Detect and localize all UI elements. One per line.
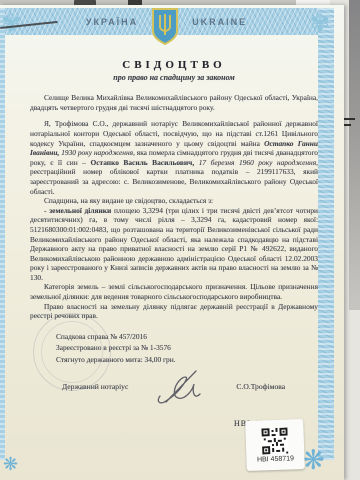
land-parcel-details: площею 3,3294 (три цілих і три тисячі дв… — [30, 206, 318, 282]
notary-name: С.О.Трофімова — [236, 382, 285, 392]
deceased-birth: 1930 року народження, — [59, 148, 135, 157]
country-label-ua: УКРАЇНА — [86, 17, 138, 27]
corner-ornament-icon: ✾ — [310, 12, 330, 36]
heir-birth: 17 березня 1960 року народження, — [194, 158, 318, 167]
document-subtitle: про право на спадщину за законом — [30, 73, 318, 83]
paragraph-notary: Я, Трофімова С.О., державний нотаріус Ве… — [30, 119, 318, 196]
corner-ornament-icon: ❋ — [3, 455, 18, 473]
certificate-sheet: УКРАЇНА UKRAINE ✾ ✾ ❋ ❋ СВІДОЦТВО про пр… — [0, 5, 344, 480]
photo-background: УКРАЇНА UKRAINE ✾ ✾ ❋ ❋ СВІДОЦТВО про пр… — [0, 0, 360, 480]
notary-signature — [152, 369, 210, 405]
paragraph-land: - земельної ділянки площею 3,3294 (три ц… — [30, 206, 318, 283]
qr-sticker-label: НВІ 458719 — [257, 455, 294, 463]
seal-imprint — [33, 313, 111, 391]
qr-sticker: НВІ 458719 — [245, 419, 305, 471]
photo-edge — [349, 0, 360, 310]
paragraph-category: Категорія земель – землі сільськогоспода… — [30, 282, 318, 301]
corner-ornament-icon: ❋ — [302, 447, 325, 474]
land-parcel-label: земельної ділянки — [49, 206, 111, 215]
paragraph-location: Селище Велика Михайлівка Великомихайлівс… — [30, 93, 318, 112]
country-label-en: UKRAINE — [192, 17, 247, 27]
qr-code-icon — [261, 427, 288, 454]
ukraine-trident-emblem-icon — [150, 7, 180, 52]
document-title: СВІДОЦТВО — [30, 61, 318, 71]
heir-details: реєстраційний номер облікової картки пла… — [30, 167, 318, 195]
heir-name: Остапко Василь Васильович, — [90, 158, 194, 167]
paragraph-estate-intro: Спадщина, на яку видане це свідоцтво, ск… — [30, 196, 318, 206]
